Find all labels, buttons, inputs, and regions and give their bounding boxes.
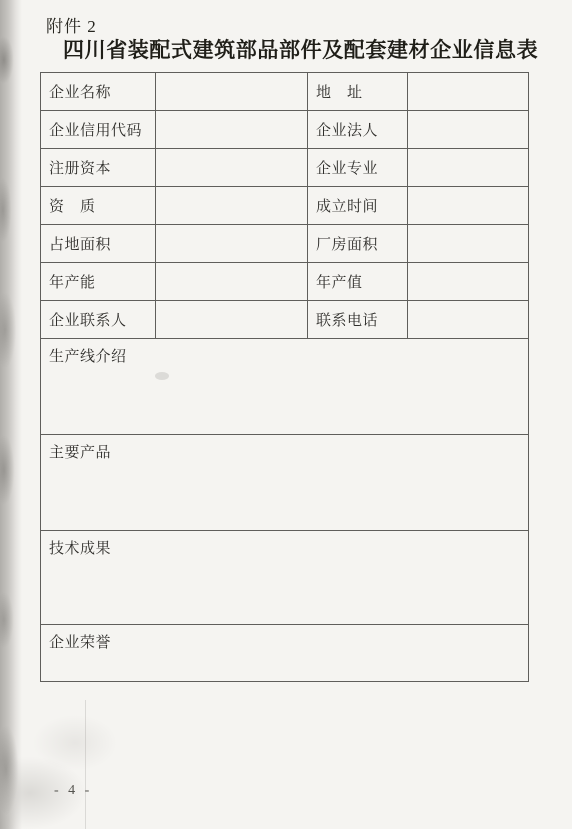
table-row: 主要产品 [41,435,529,531]
section-main-products: 主要产品 [41,435,529,531]
field-contact-phone-label: 联系电话 [308,301,408,339]
scan-corner-smudge [0,698,140,829]
table-row: 资 质 成立时间 [41,187,529,225]
field-land-area-label: 占地面积 [41,225,156,263]
table-row: 年产能 年产值 [41,263,529,301]
field-registered-capital-label: 注册资本 [41,149,156,187]
field-establish-date-label: 成立时间 [308,187,408,225]
page-title: 四川省装配式建筑部品部件及配套建材企业信息表 [63,34,538,64]
section-tech-achievements: 技术成果 [41,531,529,625]
field-qualification-label: 资 质 [41,187,156,225]
table-row: 企业名称 地 址 [41,73,529,111]
scan-crease-line [85,700,86,829]
field-annual-output-label: 年产值 [308,263,408,301]
field-registered-capital-value [156,149,308,187]
page-number: - 4 - [54,783,92,799]
field-annual-output-value [408,263,529,301]
field-specialty-value [408,149,529,187]
field-credit-code-value [156,111,308,149]
table-row: 占地面积 厂房面积 [41,225,529,263]
table-row: 企业信用代码 企业法人 [41,111,529,149]
field-factory-area-label: 厂房面积 [308,225,408,263]
field-land-area-value [156,225,308,263]
field-annual-capacity-value [156,263,308,301]
field-annual-capacity-label: 年产能 [41,263,156,301]
field-establish-date-value [408,187,529,225]
field-qualification-value [156,187,308,225]
table-row: 注册资本 企业专业 [41,149,529,187]
field-company-name-value [156,73,308,111]
field-company-name-label: 企业名称 [41,73,156,111]
table-row: 企业荣誉 [41,625,529,682]
section-production-lines: 生产线介绍 [41,339,529,435]
field-contact-person-label: 企业联系人 [41,301,156,339]
enterprise-info-table: 企业名称 地 址 企业信用代码 企业法人 注册资本 企业专业 资 质 成立时间 … [40,72,529,682]
field-legal-person-value [408,111,529,149]
field-contact-person-value [156,301,308,339]
field-factory-area-value [408,225,529,263]
table-row: 企业联系人 联系电话 [41,301,529,339]
field-credit-code-label: 企业信用代码 [41,111,156,149]
section-honors: 企业荣誉 [41,625,529,682]
table-row: 生产线介绍 [41,339,529,435]
field-legal-person-label: 企业法人 [308,111,408,149]
field-address-label: 地 址 [308,73,408,111]
field-contact-phone-value [408,301,529,339]
field-address-value [408,73,529,111]
field-specialty-label: 企业专业 [308,149,408,187]
table-row: 技术成果 [41,531,529,625]
